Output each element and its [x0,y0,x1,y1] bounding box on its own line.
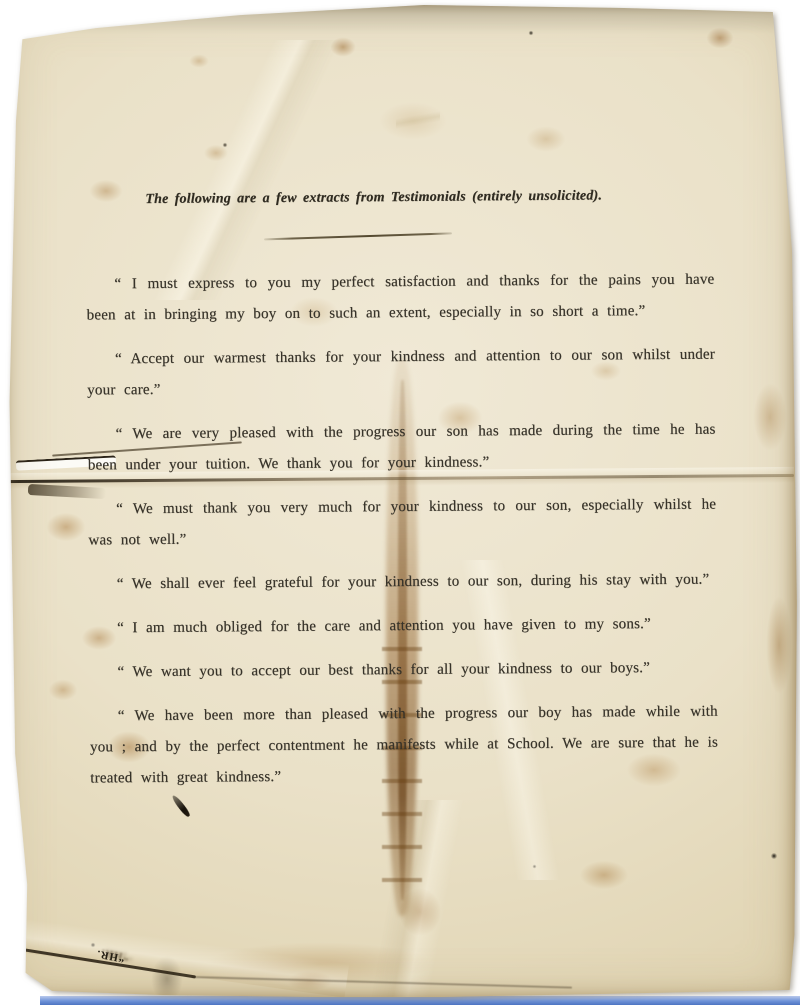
paper-surface: The following are a few extracts from Te… [0,0,800,1005]
paper-sheet: The following are a few extracts from Te… [0,0,800,1005]
scanned-document-page: The following are a few extracts from Te… [0,0,800,1005]
paper-edge-vignette [0,0,800,1005]
